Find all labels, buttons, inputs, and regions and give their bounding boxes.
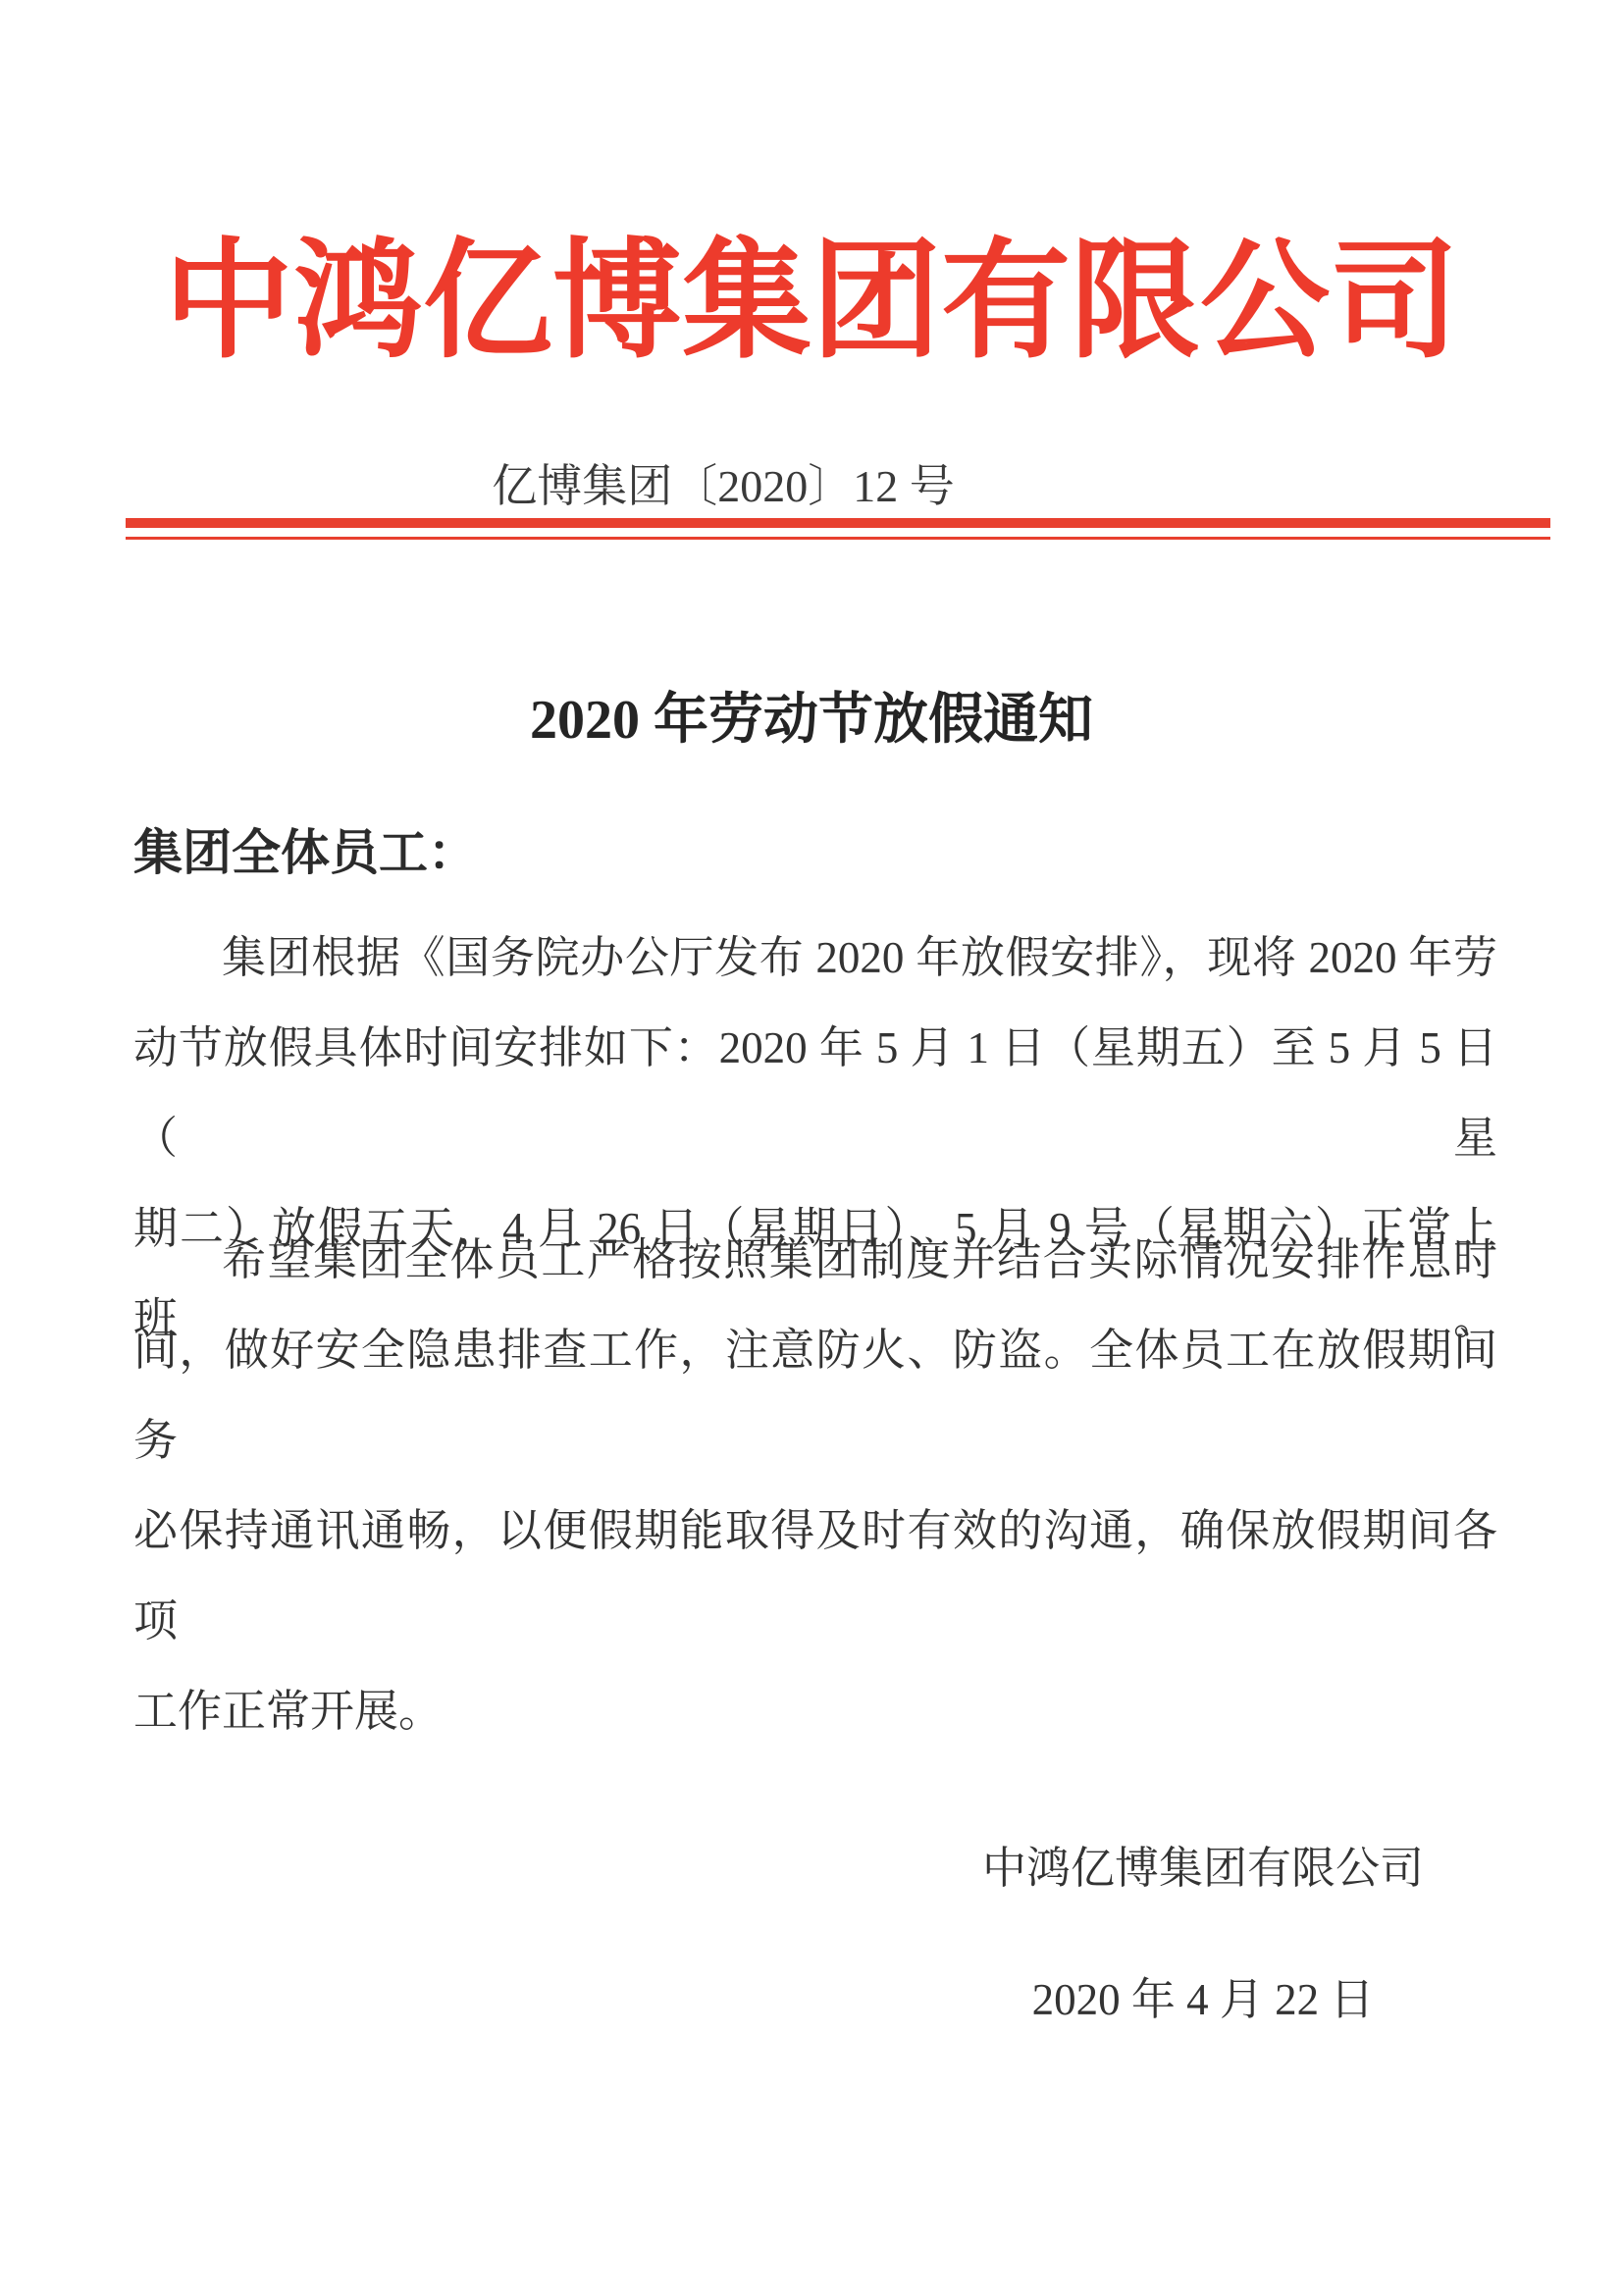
red-rule-gap — [126, 528, 1550, 537]
red-rule-thin-line — [126, 537, 1550, 540]
salutation: 集团全体员工： — [133, 822, 477, 883]
body-line: 动节放假具体时间安排如下：2020 年 5 月 1 日（星期五）至 5 月 5 … — [133, 1003, 1497, 1183]
paragraph-safety-notes: 希望集团全体员工严格按照集团制度并结合实际情况安排作息时 间，做好安全隐患排查工… — [133, 1215, 1497, 1756]
signature-block: 中鸿亿博集团有限公司 2020 年 4 月 22 日 — [932, 1841, 1474, 2027]
body-line: 必保持通讯通畅，以便假期能取得及时有效的沟通，确保放假期间各项 — [133, 1486, 1497, 1666]
document-page: 中鸿亿博集团有限公司 亿博集团〔2020〕12 号 2020 年劳动节放假通知 … — [0, 0, 1623, 2296]
red-rule-thick-line — [126, 518, 1550, 528]
body-line: 希望集团全体员工严格按照集团制度并结合实际情况安排作息时 — [133, 1215, 1497, 1305]
body-line: 间，做好安全隐患排查工作，注意防火、防盗。全体员工在放假期间务 — [133, 1305, 1497, 1486]
document-number: 亿博集团〔2020〕12 号 — [0, 459, 1535, 514]
red-double-rule — [126, 518, 1550, 540]
body-line: 集团根据《国务院办公厅发布 2020 年放假安排》，现将 2020 年劳 — [133, 913, 1497, 1003]
signature-date: 2020 年 4 月 22 日 — [932, 1972, 1474, 2027]
signature-company-name: 中鸿亿博集团有限公司 — [932, 1841, 1474, 1896]
notice-title: 2020 年劳动节放假通知 — [0, 687, 1623, 754]
body-line: 工作正常开展。 — [133, 1666, 1497, 1756]
letterhead-company-name: 中鸿亿博集团有限公司 — [0, 224, 1623, 381]
